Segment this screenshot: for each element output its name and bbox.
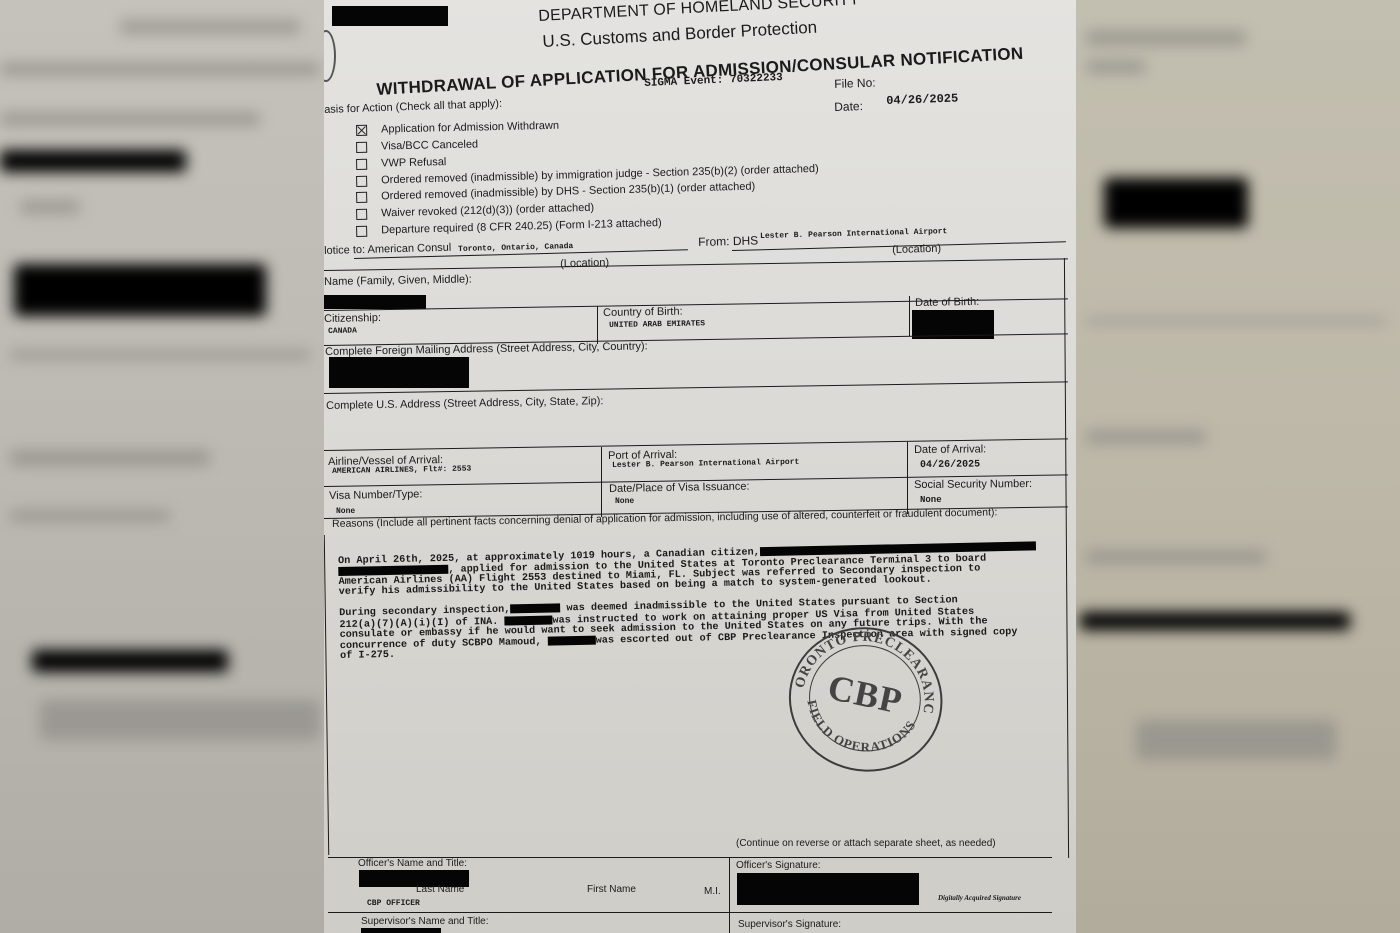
blurred-background-right bbox=[1076, 0, 1400, 933]
checkbox[interactable] bbox=[356, 158, 367, 169]
officer-signature-label: Officer's Signature: bbox=[736, 860, 821, 871]
country-of-birth-label: Country of Birth: bbox=[603, 306, 683, 319]
redacted-foreign-address bbox=[329, 357, 469, 388]
last-name-label: Last Name bbox=[416, 884, 464, 895]
document-page: DEPARTMENT OF HOMELAND SECURITY U.S. Cus… bbox=[324, 0, 1076, 933]
arrival-date-value: 04/26/2025 bbox=[920, 459, 980, 471]
basis-option[interactable]: Application for Admission Withdrawn bbox=[356, 120, 559, 136]
ssn-value: None bbox=[920, 495, 942, 505]
basis-option-label: Application for Admission Withdrawn bbox=[381, 120, 559, 136]
citizenship-value: CANADA bbox=[328, 326, 357, 336]
visa-issuance-value: None bbox=[615, 497, 634, 506]
redacted-inline bbox=[510, 604, 560, 614]
cbp-preclearance-stamp: TORONTO PRECLEARANCE FIELD OPERATIONS CB… bbox=[774, 613, 962, 793]
basis-option-label: VWP Refusal bbox=[381, 156, 446, 169]
notice-to-label: lotice to: American Consul bbox=[324, 242, 451, 257]
basis-option-label: Waiver revoked (212(d)(3)) (order attach… bbox=[381, 202, 594, 220]
continue-note: (Continue on reverse or attach separate … bbox=[736, 838, 996, 849]
citizenship-label: Citizenship: bbox=[324, 312, 381, 325]
date-label: Date: bbox=[834, 99, 863, 114]
file-no-label: File No: bbox=[834, 76, 876, 91]
from-value: Lester B. Pearson International Airport bbox=[760, 227, 947, 241]
redacted-name bbox=[324, 295, 426, 309]
basis-option[interactable]: Visa/BCC Canceled bbox=[356, 138, 478, 153]
port-value: Lester B. Pearson International Airport bbox=[612, 458, 799, 470]
checkbox[interactable] bbox=[356, 208, 367, 219]
checkbox[interactable] bbox=[356, 225, 367, 236]
checkbox[interactable] bbox=[356, 141, 367, 152]
checkbox[interactable] bbox=[356, 175, 367, 186]
basis-option[interactable]: VWP Refusal bbox=[356, 156, 446, 170]
notice-to-location-label: (Location) bbox=[560, 257, 609, 270]
supervisor-name-label: Supervisor's Name and Title: bbox=[361, 916, 489, 927]
redacted-inline bbox=[548, 635, 596, 645]
basis-option[interactable]: Waiver revoked (212(d)(3)) (order attach… bbox=[356, 202, 594, 220]
ssn-label: Social Security Number: bbox=[914, 478, 1032, 491]
airline-value: AMERICAN AIRLINES, Flt#: 2553 bbox=[332, 465, 471, 476]
foreign-address-label: Complete Foreign Mailing Address (Street… bbox=[325, 340, 648, 358]
first-name-label: First Name bbox=[587, 884, 636, 895]
checked-checkbox[interactable] bbox=[356, 124, 367, 135]
basis-option-label: Visa/BCC Canceled bbox=[381, 138, 478, 152]
basis-option[interactable]: Departure required (8 CFR 240.25) (Form … bbox=[356, 217, 662, 237]
redacted-supervisor-name bbox=[361, 928, 441, 933]
us-address-label: Complete U.S. Address (Street Address, C… bbox=[326, 395, 604, 412]
officer-name-label: Officer's Name and Title: bbox=[358, 858, 467, 869]
date-value: 04/26/2025 bbox=[886, 91, 958, 108]
sigma-event-value: 70322233 bbox=[730, 72, 783, 86]
dob-label: Date of Birth: bbox=[915, 296, 979, 309]
country-of-birth-value: UNITED ARAB EMIRATES bbox=[609, 319, 705, 330]
supervisor-signature-label: Supervisor's Signature: bbox=[738, 919, 841, 930]
dhs-seal-icon bbox=[324, 30, 336, 82]
arrival-date-label: Date of Arrival: bbox=[914, 443, 986, 456]
officer-title-value: CBP OFFICER bbox=[367, 899, 420, 908]
signature-note: Digitally Acquired Signature bbox=[938, 894, 1021, 902]
sigma-event-label: SIGMA Event: bbox=[644, 75, 724, 90]
checkbox[interactable] bbox=[356, 191, 367, 202]
blurred-background-left bbox=[0, 0, 324, 933]
reasons-label: Reasons (Include all pertinent facts con… bbox=[332, 506, 997, 530]
visa-value: None bbox=[336, 507, 355, 516]
name-label: Name (Family, Given, Middle): bbox=[324, 273, 472, 288]
reasons-line: of I-275. bbox=[340, 650, 395, 662]
from-label: From: DHS bbox=[698, 233, 758, 249]
visa-issuance-label: Date/Place of Visa Issuance: bbox=[609, 481, 750, 495]
visa-label: Visa Number/Type: bbox=[329, 488, 423, 502]
basis-label: asis for Action (Check all that apply): bbox=[324, 98, 502, 116]
redacted-block bbox=[332, 6, 448, 26]
mi-label: M.I. bbox=[704, 886, 721, 897]
from-location-label: (Location) bbox=[892, 243, 941, 256]
redacted-inline bbox=[504, 615, 552, 625]
basis-option-label: Departure required (8 CFR 240.25) (Form … bbox=[381, 217, 662, 236]
redacted-officer-signature bbox=[737, 873, 919, 905]
